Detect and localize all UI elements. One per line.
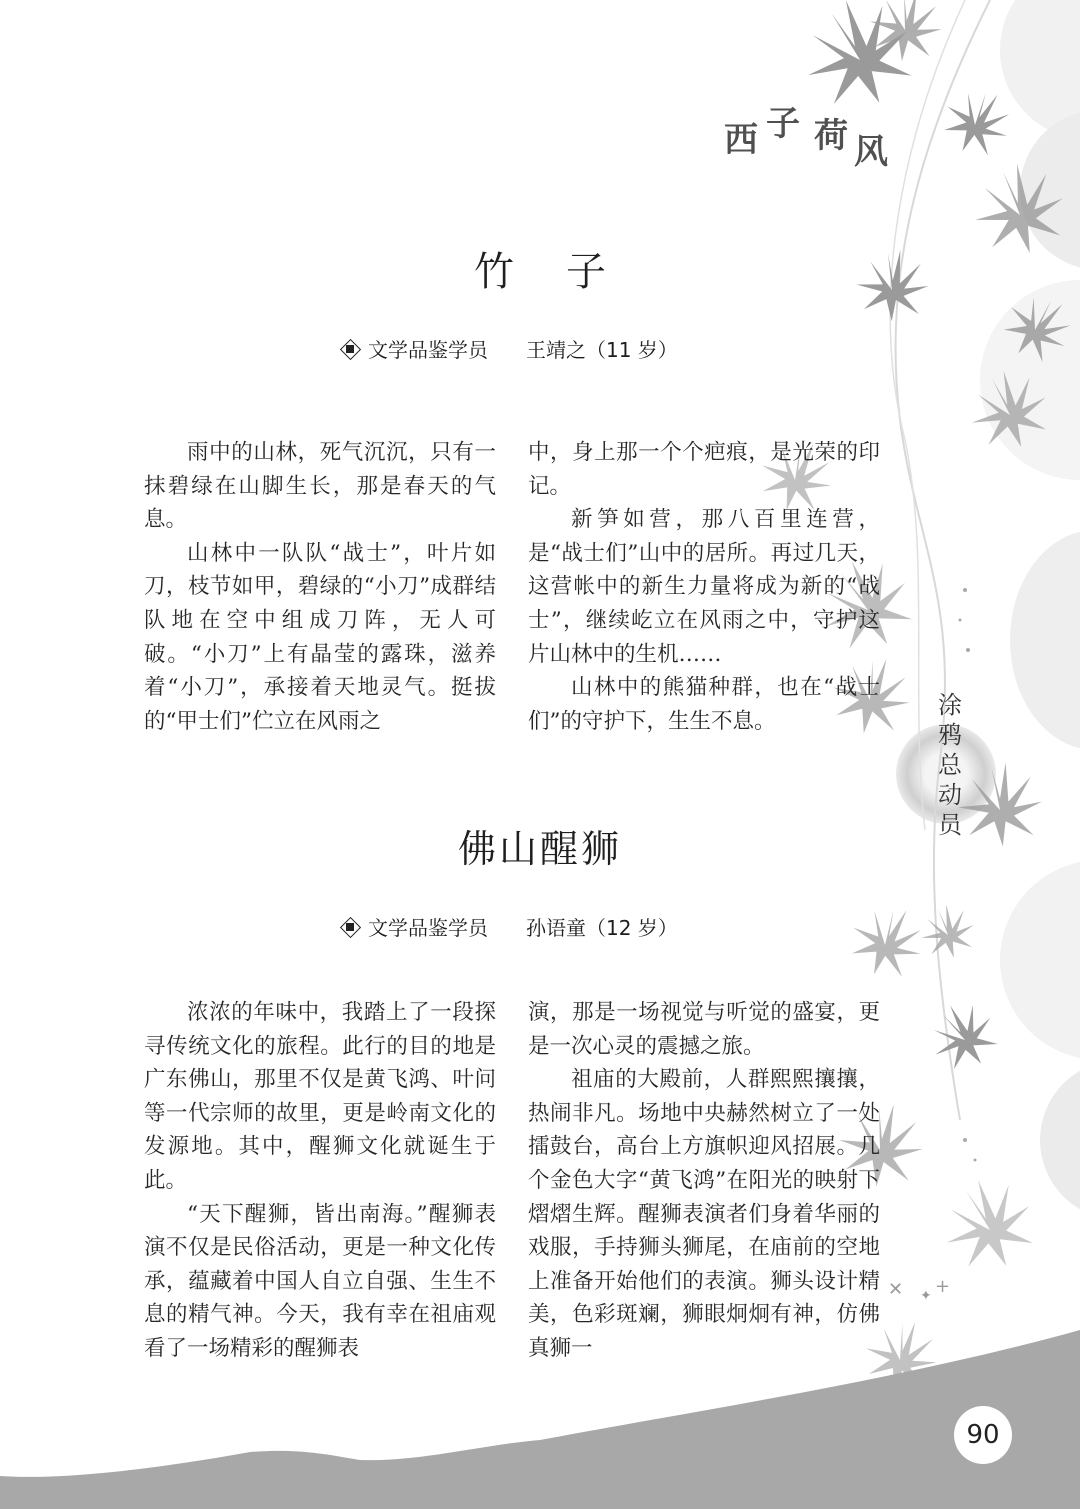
byline-author: 王靖之（11 岁） [526,334,678,363]
article-column-left: 雨中的山林，死气沉沉，只有一抹碧绿在山脚生长，那是春天的气息。 山林中一队队“战… [144,436,496,738]
article-title: 竹子 [0,240,1080,297]
diamond-bullet-icon [340,917,360,937]
svg-text:✕: ✕ [888,1279,903,1300]
paragraph: “天下醒狮，皆出南海。”醒狮表演不仅是民俗活动，更是一种文化传承，蕴藏着中国人自… [144,1198,496,1366]
paragraph: 新笋如营，那八百里连营，是“战士们”山中的居所。再过几天，这营帐中的新生力量将成… [528,503,880,671]
side-tag-char: 鸦 [920,720,980,750]
maple-leaf-icon [916,900,979,963]
section-header-char: 西 [724,112,758,161]
article-byline: 文学品鉴学员 孙语童（12 岁） [340,912,678,941]
byline-role: 文学品鉴学员 [368,334,488,363]
maple-leaf-icon [918,991,1008,1081]
side-tag-char: 总 [920,750,980,780]
svg-text:+: + [935,1276,950,1297]
side-tag-char: 动 [920,780,980,810]
diamond-bullet-icon [340,339,360,359]
paragraph: 祖庙的大殿前，人群熙熙攘攘，热闹非凡。场地中央赫然树立了一处擂鼓台，高台上方旗帜… [528,1063,880,1365]
side-tag-char: 涂 [920,690,980,720]
article-column-right: 演，那是一场视觉与听觉的盛宴，更是一次心灵的震撼之旅。 祖庙的大殿前，人群熙熙攘… [528,996,880,1366]
article-title: 佛山醒狮 [0,818,1080,873]
section-header-char: 风 [854,124,888,173]
maple-leaf-icon [961,362,1057,458]
maple-leaf-icon [930,1167,1045,1282]
section-header-char: 子 [766,96,800,145]
maple-leaf-icon [839,893,935,989]
paragraph: 演，那是一场视觉与听觉的盛宴，更是一次心灵的震撼之旅。 [528,996,880,1063]
section-header-char: 荷 [814,108,848,157]
paragraph: 雨中的山林，死气沉沉，只有一抹碧绿在山脚生长，那是春天的气息。 [144,436,496,537]
paragraph: 中，身上那一个个疤痕，是光荣的印记。 [528,436,880,503]
svg-text:✦: ✦ [920,1288,932,1304]
byline-author: 孙语童（12 岁） [526,912,678,941]
article-byline: 文学品鉴学员 王靖之（11 岁） [340,334,678,363]
paragraph: 浓浓的年味中，我踏上了一段探寻传统文化的旅程。此行的目的地是广东佛山，那里不仅是… [144,996,496,1198]
maple-leaf-icon [932,76,1022,166]
article-column-left: 浓浓的年味中，我踏上了一段探寻传统文化的旅程。此行的目的地是广东佛山，那里不仅是… [144,996,496,1366]
section-header: 西 子 荷 风 [724,92,904,162]
page-number: 90 [954,1406,1012,1464]
paragraph: 山林中一队队“战士”，叶片如刀，枝节如甲，碧绿的“小刀”成群结队地在空中组成刀阵… [144,537,496,739]
paragraph: 山林中的熊猫种群，也在“战士们”的守护下，生生不息。 [528,671,880,738]
article-column-right: 中，身上那一个个疤痕，是光荣的印记。 新笋如营，那八百里连营，是“战士们”山中的… [528,436,880,738]
byline-role: 文学品鉴学员 [368,912,488,941]
